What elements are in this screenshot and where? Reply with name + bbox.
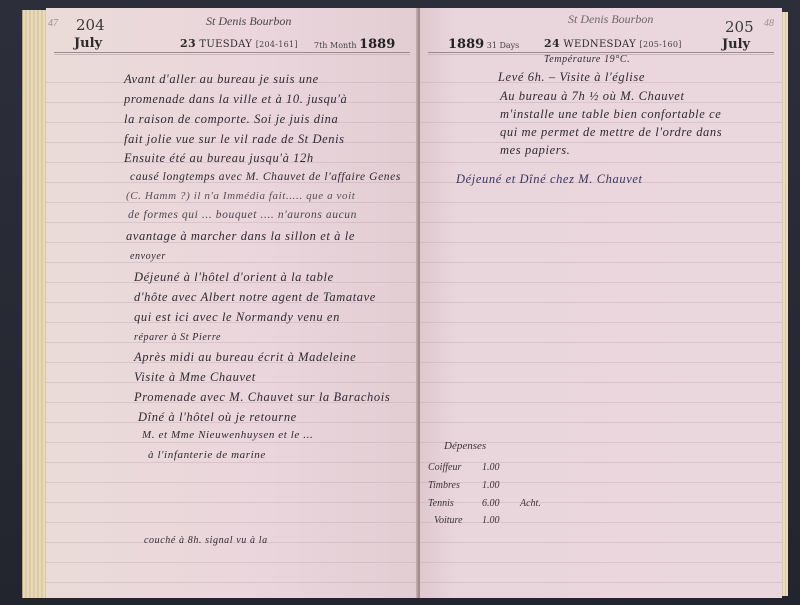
pencil-page-number: 47	[48, 18, 58, 29]
entry-line: Visite à Mme Chauvet	[134, 370, 256, 385]
temperature-note: Température 19°C.	[544, 54, 630, 65]
day-of-year: 204	[76, 16, 105, 34]
entry-line: Levé 6h. – Visite à l'église	[498, 70, 645, 85]
entry-line: M. et Mme Nieuwenhuysen et le ...	[142, 429, 313, 441]
entry-line: réparer à St Pierre	[134, 332, 221, 343]
month-number: 7th Month	[314, 41, 357, 50]
expense-label: Timbres	[428, 480, 460, 491]
entry-line: d'hôte avec Albert notre agent de Tamata…	[134, 290, 376, 305]
entry-line: promenade dans la ville et à 10. jusqu'à	[124, 92, 347, 107]
left-page: 47 204 July St Denis Bourbon 23 TUESDAY …	[46, 8, 418, 598]
entry-line: mes papiers.	[500, 143, 570, 158]
date-day: 23	[180, 37, 196, 50]
entry-line: Au bureau à 7h ½ où M. Chauvet	[500, 89, 685, 104]
entry-line: (C. Hamm ?) il n'a Immédia fait..... que…	[126, 190, 355, 202]
entry-line: m'installe une table bien confortable ce	[500, 107, 721, 122]
year: 1889	[359, 37, 395, 52]
expense-label: Voiture	[434, 515, 463, 526]
expense-note: Acht.	[520, 498, 541, 509]
location-note: St Denis Bourbon	[568, 12, 653, 27]
entry-line: qui me permet de mettre de l'ordre dans	[500, 125, 722, 140]
weekday: WEDNESDAY	[563, 39, 636, 50]
expense-amount: 1.00	[482, 480, 500, 491]
pencil-page-number: 48	[764, 18, 774, 29]
entry-line: envoyer	[130, 251, 166, 262]
expenses-heading: Dépenses	[444, 440, 486, 452]
expense-amount: 1.00	[482, 515, 500, 526]
entry-line: Avant d'aller au bureau je suis une	[124, 72, 319, 87]
entry-line: à l'infanterie de marine	[148, 449, 266, 461]
date-heading: 23 TUESDAY [204-161]	[180, 37, 298, 50]
month-label: July	[722, 37, 750, 52]
entry-line: la raison de comporte. Soi je juis dina	[124, 112, 338, 127]
expense-amount: 1.00	[482, 462, 500, 473]
month-label: July	[74, 36, 102, 51]
date-heading: 24 WEDNESDAY [205-160]	[544, 37, 682, 50]
page-edges-left	[22, 10, 49, 598]
bottom-note: couché à 8h. signal vu à la	[144, 535, 268, 546]
month-days: 31 Days	[487, 41, 520, 50]
header-rule	[54, 52, 410, 53]
meal-note: Déjeuné et Dîné chez M. Chauvet	[456, 172, 643, 187]
year-heading: 1889 31 Days	[448, 37, 519, 52]
right-page: 1889 31 Days 24 WEDNESDAY [205-160] St D…	[420, 8, 782, 598]
entry-line: causé longtemps avec M. Chauvet de l'aff…	[130, 171, 401, 183]
year: 1889	[448, 37, 484, 52]
day-range: [205-160]	[640, 40, 682, 49]
weekday: TUESDAY	[199, 39, 252, 50]
day-range: [204-161]	[256, 40, 298, 49]
ruled-lines	[420, 63, 782, 598]
entry-line: Promenade avec M. Chauvet sur la Baracho…	[134, 390, 390, 405]
expense-label: Tennis	[428, 498, 454, 509]
date-day: 24	[544, 37, 560, 50]
day-of-year: 205	[725, 18, 754, 36]
expense-amount: 6.00	[482, 498, 500, 509]
entry-line: de formes qui ... bouquet .... n'aurons …	[128, 209, 357, 221]
entry-line: Dîné à l'hôtel où je retourne	[138, 410, 297, 425]
location-note: St Denis Bourbon	[206, 14, 291, 29]
entry-line: fait jolie vue sur le vil rade de St Den…	[124, 132, 345, 147]
entry-line: qui est ici avec le Normandy venu en	[134, 310, 340, 325]
entry-line: avantage à marcher dans la sillon et à l…	[126, 229, 355, 244]
entry-line: Après midi au bureau écrit à Madeleine	[134, 350, 356, 365]
header-rule	[428, 52, 774, 53]
expense-label: Coiffeur	[428, 462, 461, 473]
year-heading: 7th Month 1889	[314, 37, 395, 52]
entry-line: Ensuite été au bureau jusqu'à 12h	[124, 151, 314, 166]
entry-line: Déjeuné à l'hôtel d'orient à la table	[134, 270, 334, 285]
